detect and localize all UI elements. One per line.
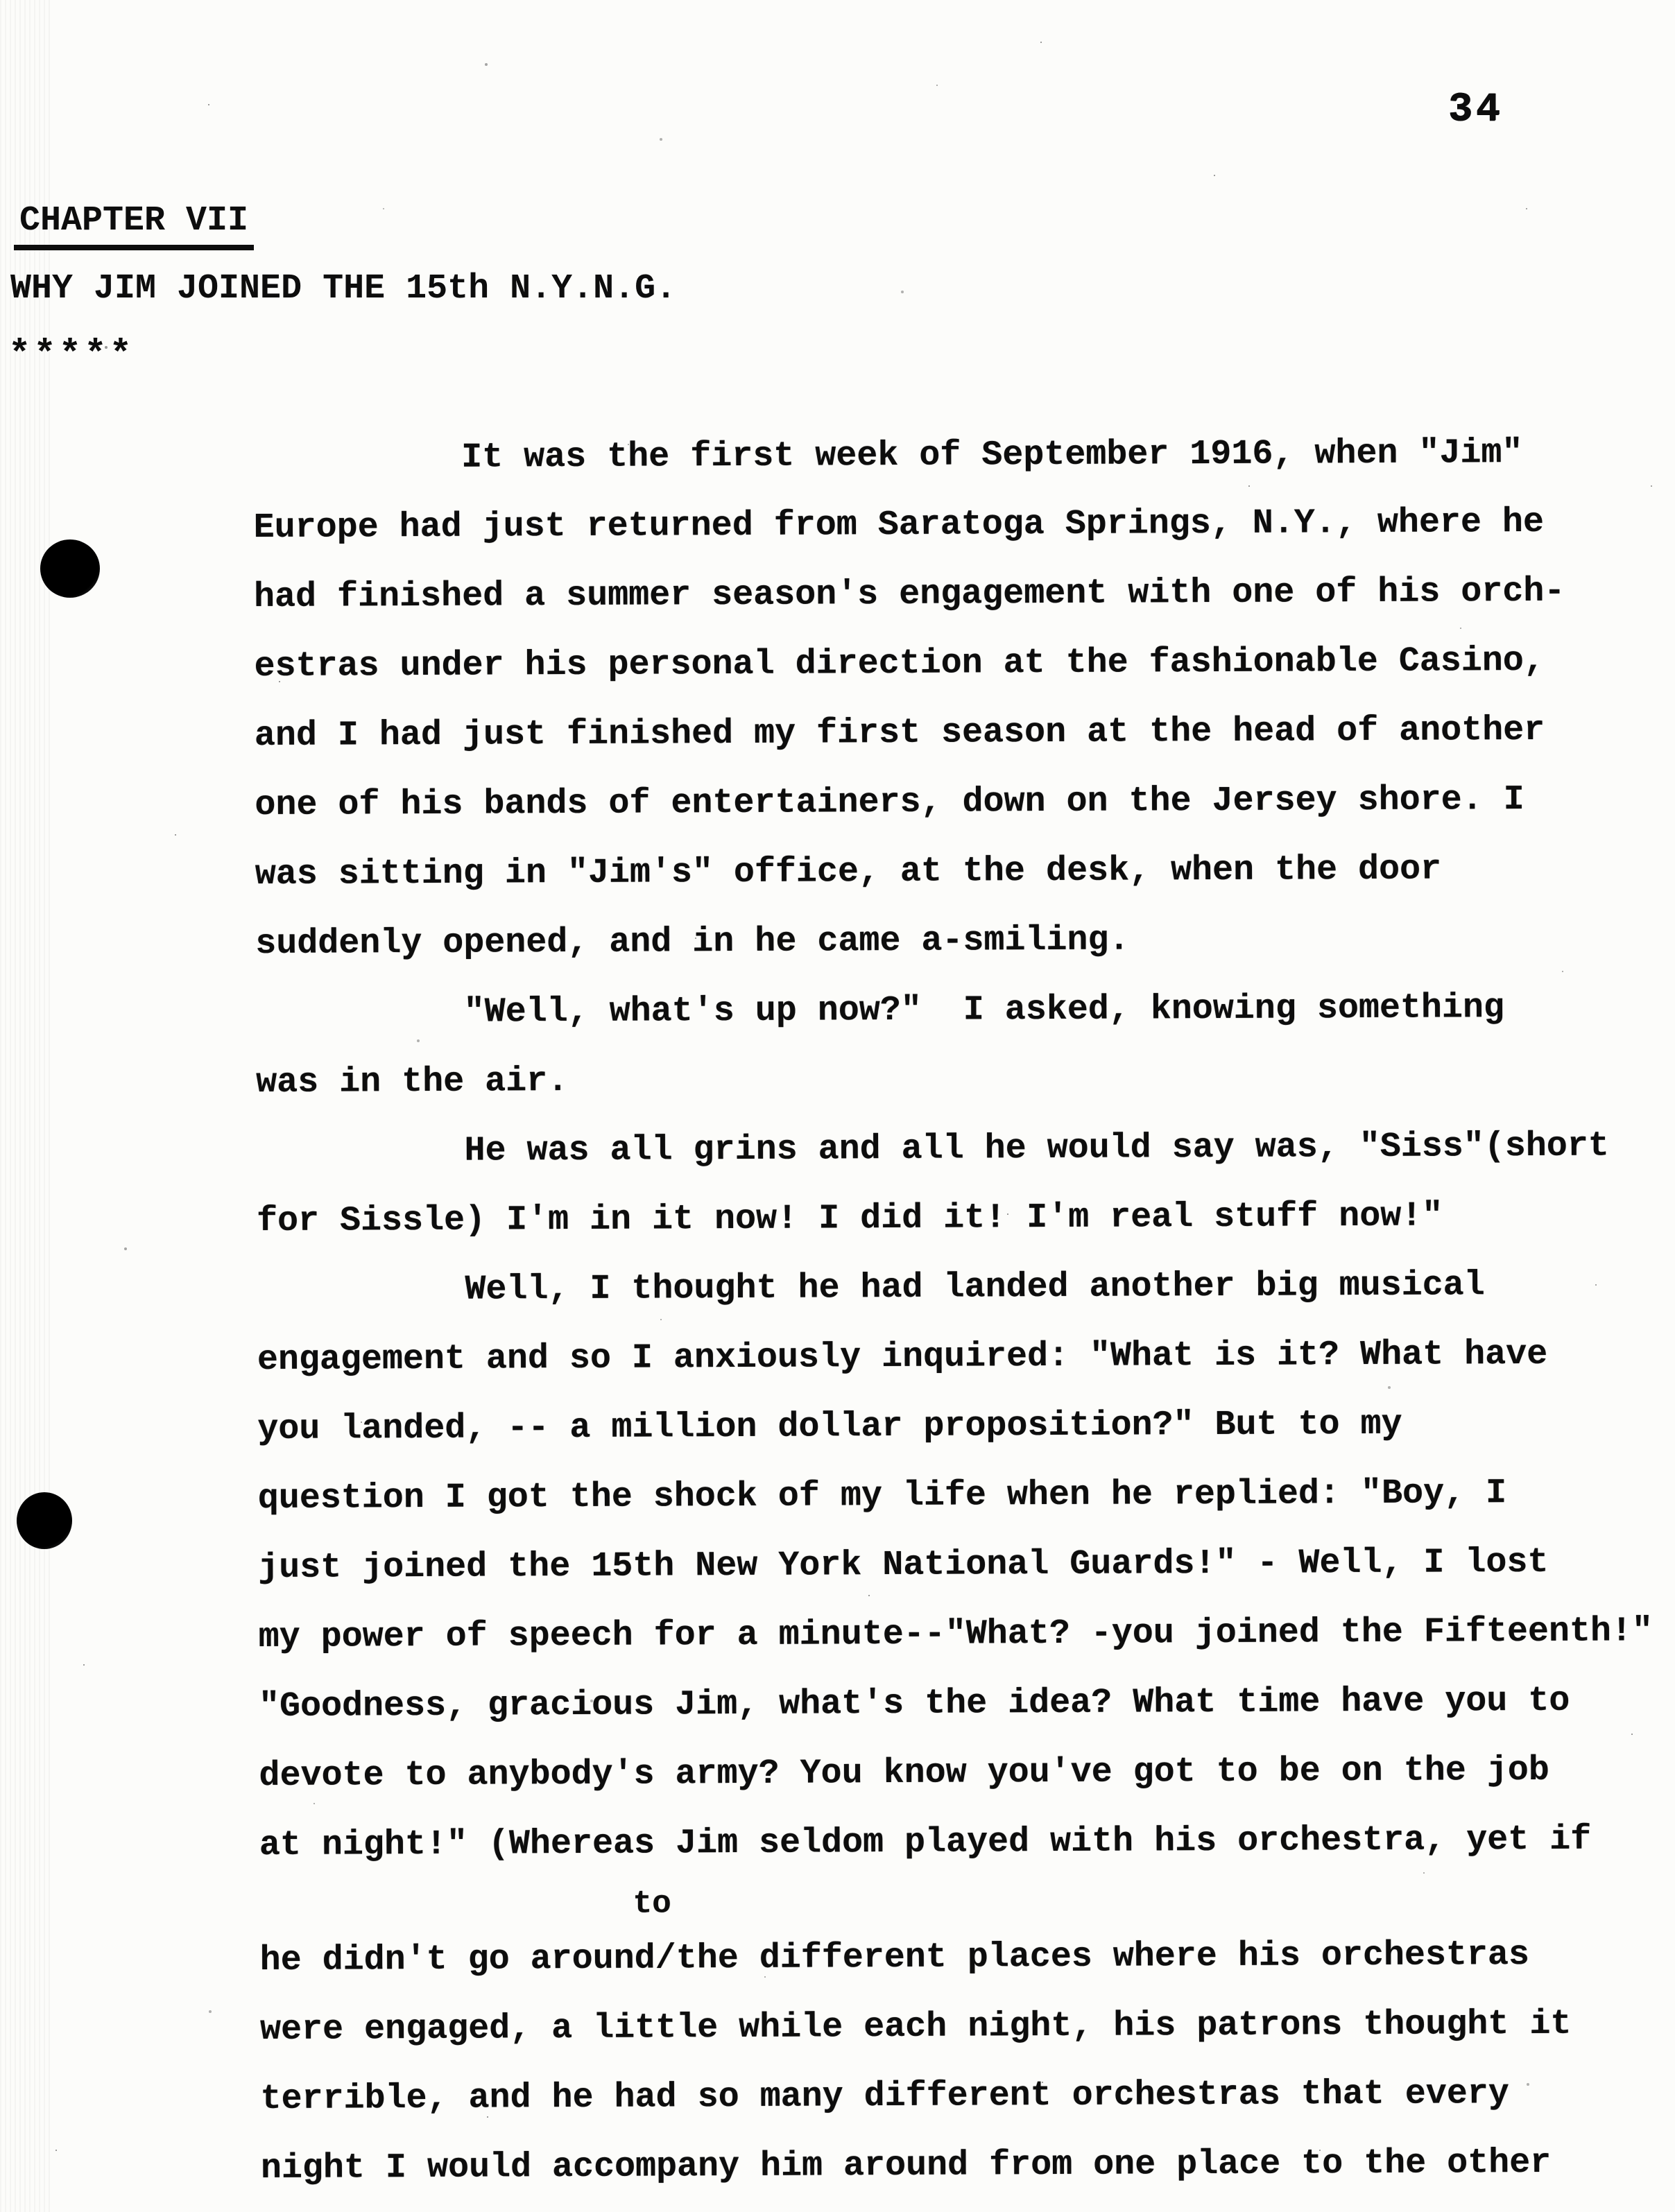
text-line: He was all grins and all he would say wa… <box>256 1112 1675 1187</box>
text-line: were engaged, a little while each night,… <box>260 1989 1675 2065</box>
scan-edge-shading <box>0 0 50 2212</box>
chapter-subtitle: WHY JIM JOINED THE 15th N.Y.N.G. <box>10 269 1675 309</box>
text-line: my power of speech for a minute--"What? … <box>258 1597 1675 1673</box>
text-line: you landed, -- a million dollar proposit… <box>257 1389 1675 1464</box>
text-line: at night!" (Whereas Jim seldom played wi… <box>259 1805 1675 1881</box>
text-line: "Goodness, gracious Jim, what's the idea… <box>259 1666 1675 1742</box>
text-line: terrible, and he had so many different o… <box>260 2059 1675 2134</box>
text-line: had finished a summer season's engagemen… <box>254 557 1675 632</box>
text-line: devote to anybody's army? You know you'v… <box>259 1736 1675 1811</box>
text-line: one of his bands of entertainers, down o… <box>255 765 1675 840</box>
text-line: It was the first week of September 1916,… <box>253 418 1675 494</box>
text-line: was in the air. <box>256 1042 1675 1118</box>
text-line: Europe had just returned from Saratoga S… <box>253 487 1675 563</box>
body-text: It was the first week of September 1916,… <box>253 418 1675 2204</box>
photocopy-noise <box>0 0 1 1</box>
text-line: Well, I thought he had landed another bi… <box>257 1250 1675 1326</box>
page-number: 34 <box>1448 87 1504 132</box>
manuscript-page: 34 CHAPTER VII WHY JIM JOINED THE 15th N… <box>0 0 1675 2212</box>
text-line: estras under his personal direction at t… <box>254 626 1675 702</box>
interlinear-insert: to <box>633 1883 671 1924</box>
separator-asterisks: ***** <box>8 334 1675 377</box>
text-line: question I got the shock of my life when… <box>258 1458 1675 1534</box>
chapter-heading: CHAPTER VII <box>14 201 1675 250</box>
text-line: engagement and so I anxiously inquired: … <box>257 1320 1675 1395</box>
text-line: "Well, what's up now?" I asked, knowing … <box>255 973 1675 1048</box>
text-line: and I had just finished my first season … <box>255 695 1675 771</box>
chapter-heading-text: CHAPTER VII <box>14 201 254 250</box>
text-line: suddenly opened, and in he came a-smilin… <box>255 904 1675 979</box>
text-line: he didn't go around/the different places… <box>259 1920 1675 1996</box>
hole-punch-bottom <box>17 1492 72 1549</box>
text-line: just joined the 15th New York National G… <box>258 1528 1675 1603</box>
text-line: was sitting in "Jim's" office, at the de… <box>255 834 1675 910</box>
hole-punch-top <box>40 539 100 598</box>
text-line: for Sissle) I'm in it now! I did it! I'm… <box>257 1181 1675 1256</box>
text-line: night I would accompany him around from … <box>261 2128 1675 2204</box>
